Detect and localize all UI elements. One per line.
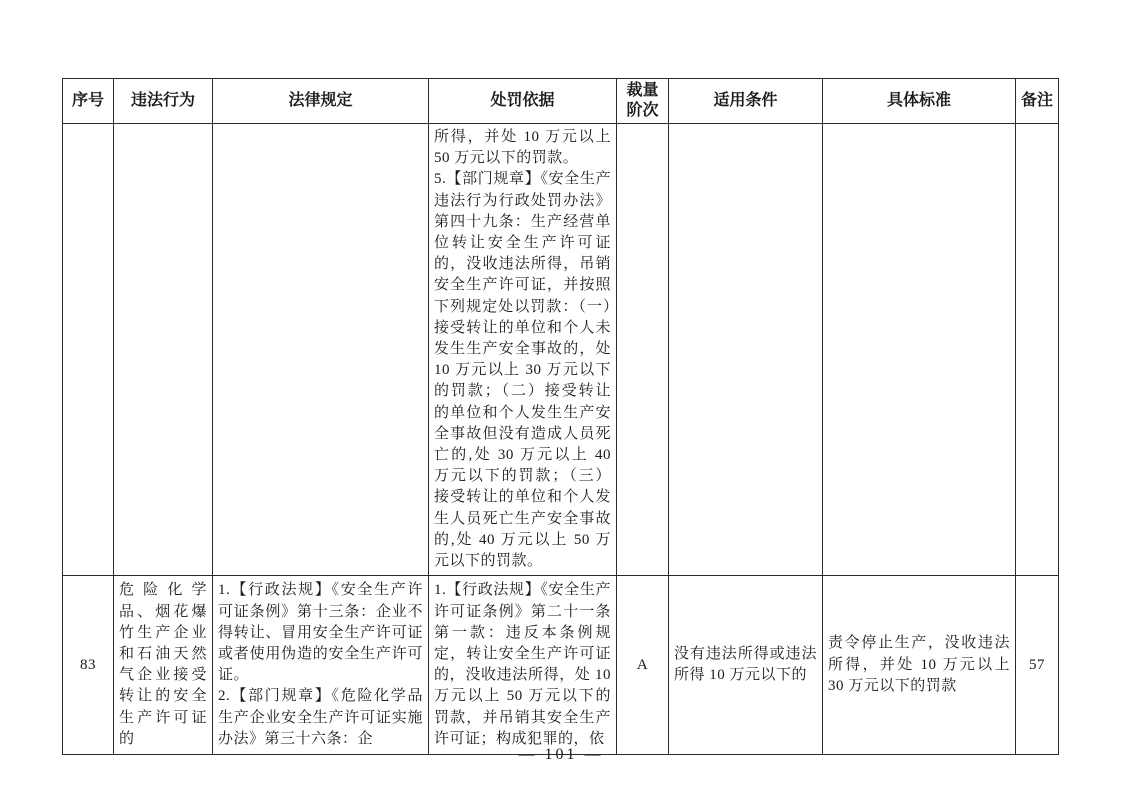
cell-remarks: 57	[1016, 576, 1059, 755]
table-row-83: 83 危险化学品、烟花爆竹生产企业和石油天然气企业接受转让的安全生产许可证的 1…	[63, 576, 1059, 755]
cell-specific-standard: 责令停止生产，没收违法所得，并处 10 万元以上 30 万元以下的罚款	[823, 576, 1016, 755]
cell-discretion-level: A	[617, 576, 669, 755]
cell-legal-provision	[213, 124, 429, 576]
cell-seq	[63, 124, 114, 576]
page-number: — 101 —	[0, 746, 1122, 764]
table-row-continuation: 所得，并处 10 万元以上 50 万元以下的罚款。 5.【部门规章】《安全生产违…	[63, 124, 1059, 576]
cell-violation	[114, 124, 213, 576]
table-header-row: 序号 违法行为 法律规定 处罚依据 裁量阶次 适用条件 具体标准 备注	[63, 79, 1059, 124]
col-header-penalty-basis: 处罚依据	[429, 79, 617, 124]
cell-remarks	[1016, 124, 1059, 576]
cell-violation: 危险化学品、烟花爆竹生产企业和石油天然气企业接受转让的安全生产许可证的	[114, 576, 213, 755]
col-header-seq: 序号	[63, 79, 114, 124]
col-header-applicable-conditions: 适用条件	[669, 79, 823, 124]
col-header-legal-provision: 法律规定	[213, 79, 429, 124]
col-header-remarks: 备注	[1016, 79, 1059, 124]
col-header-specific-standard: 具体标准	[823, 79, 1016, 124]
col-header-violation: 违法行为	[114, 79, 213, 124]
cell-specific-standard	[823, 124, 1016, 576]
cell-legal-provision: 1.【行政法规】《安全生产许可证条例》第十三条：企业不得转让、冒用安全生产许可证…	[213, 576, 429, 755]
cell-applicable-conditions	[669, 124, 823, 576]
penalty-standards-table: 序号 违法行为 法律规定 处罚依据 裁量阶次 适用条件 具体标准 备注 所得，并…	[62, 78, 1059, 755]
cell-penalty-basis: 1.【行政法规】《安全生产许可证条例》第二十一条第一款：违反本条例规定，转让安全…	[429, 576, 617, 755]
cell-penalty-basis: 所得，并处 10 万元以上 50 万元以下的罚款。 5.【部门规章】《安全生产违…	[429, 124, 617, 576]
col-header-discretion-level: 裁量阶次	[617, 79, 669, 124]
cell-applicable-conditions: 没有违法所得或违法所得 10 万元以下的	[669, 576, 823, 755]
cell-seq: 83	[63, 576, 114, 755]
cell-discretion-level	[617, 124, 669, 576]
